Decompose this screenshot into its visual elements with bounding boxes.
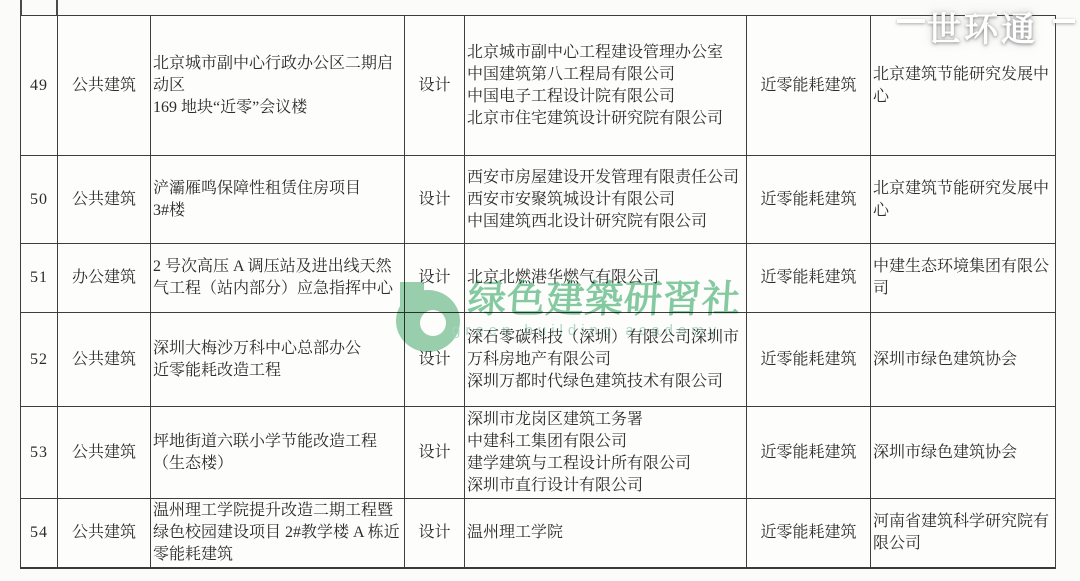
certification-label-cell: 近零能耗建筑: [747, 407, 871, 499]
certification-label-cell: 近零能耗建筑: [747, 499, 871, 569]
certification-label-cell: 近零能耗建筑: [747, 244, 871, 313]
scanned-document-page: 49 公共建筑 北京城市副中心行政办公区二期启动区 169 地块“近零”会议楼 …: [0, 0, 1080, 581]
stage-cell: 设计: [405, 313, 465, 407]
watermark-dash: [1053, 19, 1075, 23]
project-name-cell: 北京城市副中心行政办公区二期启动区 169 地块“近零”会议楼: [151, 16, 405, 156]
building-type-cell: 公共建筑: [58, 499, 151, 569]
row-number-cell: 53: [21, 407, 58, 499]
row-number-cell: 51: [21, 244, 58, 313]
building-type-cell: 办公建筑: [58, 244, 151, 313]
companies-cell: 西安市房屋建设开发管理有限责任公司 西安市安聚筑城设计有限公司 中国建筑西北设计…: [465, 156, 747, 244]
building-type-cell: 公共建筑: [58, 313, 151, 407]
table-row: 53 公共建筑 坪地街道六联小学节能改造工程（生态楼） 设计 深圳市龙岗区建筑工…: [21, 407, 1056, 499]
certified-projects-table: 49 公共建筑 北京城市副中心行政办公区二期启动区 169 地块“近零”会议楼 …: [20, 15, 1056, 569]
companies-cell: 温州理工学院: [465, 499, 747, 569]
certifying-org-cell: 深圳市绿色建筑协会: [871, 407, 1056, 499]
companies-cell: 北京北燃港华燃气有限公司: [465, 244, 747, 313]
certifying-org-cell: 北京建筑节能研究发展中心: [871, 156, 1056, 244]
table-row: 52 公共建筑 深圳大梅沙万科中心总部办公 近零能耗改造工程 设计 深石零碳科技…: [21, 313, 1056, 407]
certifying-org-cell: 中建生态环境集团有限公司: [871, 244, 1056, 313]
stage-cell: 设计: [405, 499, 465, 569]
stage-cell: 设计: [405, 16, 465, 156]
building-type-cell: 公共建筑: [58, 156, 151, 244]
project-name-cell: 2 号次高压 A 调压站及进出线天然气工程（站内部分）应急指挥中心: [151, 244, 405, 313]
table-row: 51 办公建筑 2 号次高压 A 调压站及进出线天然气工程（站内部分）应急指挥中…: [21, 244, 1056, 313]
stage-cell: 设计: [405, 156, 465, 244]
table-cutoff-line: [56, 0, 58, 16]
building-type-cell: 公共建筑: [58, 16, 151, 156]
project-name-cell: 温州理工学院提升改造二期工程暨绿色校园建设项目 2#教学楼 A 栋近零能耗建筑: [151, 499, 405, 569]
table-cutoff-line: [20, 0, 22, 16]
row-number-cell: 50: [21, 156, 58, 244]
certifying-org-cell: 北京建筑节能研究发展中心: [871, 16, 1056, 156]
row-number-cell: 49: [21, 16, 58, 156]
companies-cell: 北京城市副中心工程建设管理办公室 中国建筑第八工程局有限公司 中国电子工程设计院…: [465, 16, 747, 156]
project-name-cell: 坪地街道六联小学节能改造工程（生态楼）: [151, 407, 405, 499]
table-row: 49 公共建筑 北京城市副中心行政办公区二期启动区 169 地块“近零”会议楼 …: [21, 16, 1056, 156]
row-number-cell: 52: [21, 313, 58, 407]
certification-label-cell: 近零能耗建筑: [747, 313, 871, 407]
certifying-org-cell: 深圳市绿色建筑协会: [871, 313, 1056, 407]
project-name-cell: 浐灞雁鸣保障性租赁住房项目 3#楼: [151, 156, 405, 244]
certification-label-cell: 近零能耗建筑: [747, 16, 871, 156]
stage-cell: 设计: [405, 407, 465, 499]
row-number-cell: 54: [21, 499, 58, 569]
companies-cell: 深石零碳科技（深圳）有限公司深圳市万科房地产有限公司 深圳万都时代绿色建筑技术有…: [465, 313, 747, 407]
companies-cell: 深圳市龙岗区建筑工务署 中建科工集团有限公司 建学建筑与工程设计所有限公司 深圳…: [465, 407, 747, 499]
table-row: 50 公共建筑 浐灞雁鸣保障性租赁住房项目 3#楼 设计 西安市房屋建设开发管理…: [21, 156, 1056, 244]
stage-cell: 设计: [405, 244, 465, 313]
project-name-cell: 深圳大梅沙万科中心总部办公 近零能耗改造工程: [151, 313, 405, 407]
certifying-org-cell: 河南省建筑科学研究院有限公司: [871, 499, 1056, 569]
table-row: 54 公共建筑 温州理工学院提升改造二期工程暨绿色校园建设项目 2#教学楼 A …: [21, 499, 1056, 569]
certification-label-cell: 近零能耗建筑: [747, 156, 871, 244]
building-type-cell: 公共建筑: [58, 407, 151, 499]
